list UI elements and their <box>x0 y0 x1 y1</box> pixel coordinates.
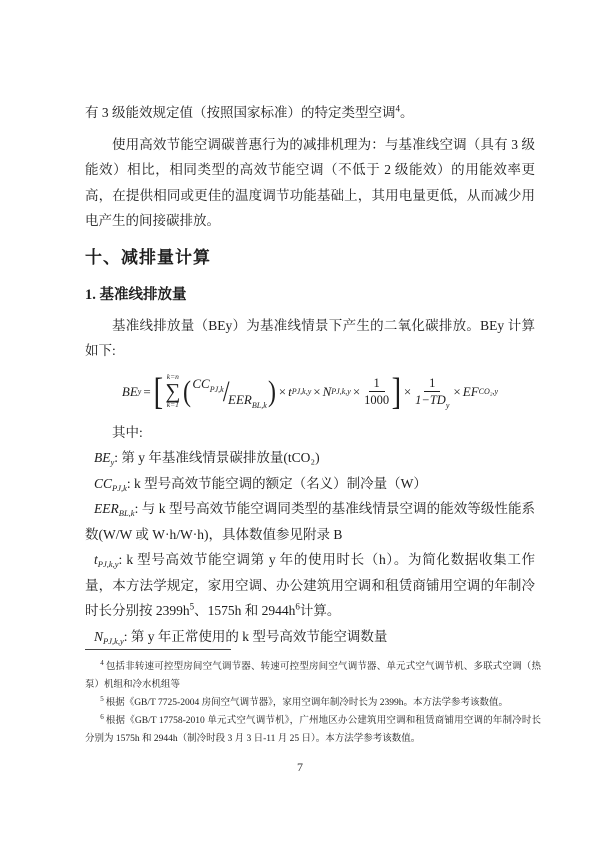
left-bracket: [ <box>153 373 162 411</box>
formula-baseline-emissions: BEy = [ k=n ∑ k=1 ( CCPJ,k / EERBL,k ) ×… <box>85 368 535 416</box>
times-sign: × <box>353 385 360 398</box>
sum-lower-limit: k=1 <box>167 401 179 409</box>
footnote-5-marker: 5 <box>100 695 104 703</box>
footnote-5-text: 根据《GB/T 7725-2004 房间空气调节器》，家用空调年制冷时长为 23… <box>106 698 508 708</box>
paragraph-bey-intro: 基准线排放量（BEy）为基准线情景下产生的二氧化碳排放。BEy 计算如下: <box>85 313 535 364</box>
definition-cc: CCPJ,k: k 型号高效节能空调的额定（名义）制冷量（W） <box>85 471 535 497</box>
eer-var: EER <box>228 392 252 407</box>
section-heading: 十、减排量计算 <box>85 246 535 270</box>
definition-n-sub: PJ,k,y <box>103 636 124 646</box>
eer-sub: BL,k <box>252 401 267 410</box>
summation-symbol: k=n ∑ k=1 <box>165 373 180 409</box>
definitions-intro: 其中: <box>85 420 535 446</box>
times-sign: × <box>453 385 460 398</box>
equals-sign: = <box>143 385 150 398</box>
definition-n: NPJ,k,y: 第 y 年正常使用的 k 型号高效节能空调数量 <box>85 624 535 650</box>
definition-eer-sub: BL,k <box>119 508 135 518</box>
definition-n-text: : 第 y 年正常使用的 k 型号高效节能空调数量 <box>124 629 388 644</box>
td-var: 1−TD <box>415 393 446 407</box>
paragraph-continuation-text: 有 3 级能效规定值（按照国家标准）的特定类型空调 <box>85 105 396 120</box>
definition-bey-term: BE <box>94 450 111 465</box>
definition-t-text3: 计算。 <box>300 603 341 618</box>
paragraph-mechanism: 使用高效节能空调碳普惠行为的减排机理为：与基准线空调（具有 3 级能效）相比，相… <box>85 132 535 234</box>
ef-var: EF <box>463 385 479 398</box>
definition-bey-text: : 第 y 年基准线情景碳排放量(tCO₂) <box>114 450 319 465</box>
one-over-1000-fraction: 1 1000 <box>364 377 389 407</box>
footnote-separator <box>85 649 231 650</box>
footnote-4: 4包括非转速可控型房间空气调节器、转速可控型房间空气调节器、单元式空气调节机、多… <box>85 658 541 694</box>
footnotes-block: 4包括非转速可控型房间空气调节器、转速可控型房间空气调节器、单元式空气调节机、多… <box>85 649 541 748</box>
page-number: 7 <box>0 760 600 775</box>
sigma-glyph: ∑ <box>165 382 180 402</box>
definition-eer-text: : 与 k 型号高效节能空调同类型的基准线情景空调的能效等级性能系数(W/W 或… <box>85 501 535 542</box>
footnote-6-text: 根据《GB/T 17758-2010 单元式空气调节机》，广州地区办公建筑用空调… <box>85 716 541 744</box>
right-bracket: ] <box>392 373 401 411</box>
formula-lhs: BE <box>122 385 138 398</box>
n-var: N <box>323 385 332 398</box>
cc-sub: PJ,k <box>210 385 224 394</box>
cc-over-eer-fraction: CCPJ,k / EERBL,k <box>192 377 266 407</box>
footnote-6-marker: 6 <box>100 713 104 721</box>
definition-eer: EERBL,k: 与 k 型号高效节能空调同类型的基准线情景空调的能效等级性能系… <box>85 496 535 547</box>
right-paren: ) <box>268 377 276 407</box>
times-sign: × <box>404 385 411 398</box>
one-over-1-minus-td-fraction: 1 1−TDy <box>415 377 449 407</box>
subsection-heading: 1. 基准线排放量 <box>85 285 535 305</box>
times-sign: × <box>313 385 320 398</box>
page-content: 有 3 级能效规定值（按照国家标准）的特定类型空调4。 使用高效节能空调碳普惠行… <box>85 100 535 649</box>
document-page: 有 3 级能效规定值（按照国家标准）的特定类型空调4。 使用高效节能空调碳普惠行… <box>0 0 600 848</box>
definition-eer-term: EER <box>94 501 119 516</box>
frac1-numerator: 1 <box>369 377 385 393</box>
td-sub: y <box>446 401 450 410</box>
paragraph-continuation: 有 3 级能效规定值（按照国家标准）的特定类型空调4。 <box>85 100 535 126</box>
definition-bey: BEy: 第 y 年基准线情景碳排放量(tCO₂) <box>85 445 535 471</box>
definition-t: tPJ,k,y: k 型号高效节能空调第 y 年的使用时长（h）。为简化数据收集… <box>85 547 535 624</box>
fraction-numerator-cc: CCPJ,k <box>192 377 223 390</box>
footnote-4-marker: 4 <box>100 659 104 667</box>
frac1-denominator: 1000 <box>364 392 389 407</box>
paragraph-continuation-tail: 。 <box>400 105 414 120</box>
definition-cc-sub: PJ,k <box>112 483 127 493</box>
footnote-6: 6根据《GB/T 17758-2010 单元式空气调节机》，广州地区办公建筑用空… <box>85 712 541 748</box>
definition-t-text2: 、1575h 和 2944h <box>194 603 295 618</box>
footnote-5: 5根据《GB/T 7725-2004 房间空气调节器》，家用空调年制冷时长为 2… <box>85 694 541 712</box>
left-paren: ( <box>183 377 191 407</box>
definition-cc-text: : k 型号高效节能空调的额定（名义）制冷量（W） <box>127 476 427 491</box>
fraction-denominator-eer: EERBL,k <box>228 393 267 406</box>
times-sign: × <box>279 385 286 398</box>
definition-cc-term: CC <box>94 476 112 491</box>
footnote-4-text: 包括非转速可控型房间空气调节器、转速可控型房间空气调节器、单元式空气调节机、多联… <box>85 662 541 690</box>
definition-n-term: N <box>94 629 103 644</box>
cc-var: CC <box>192 376 209 391</box>
definition-t-sub: PJ,k,y <box>98 559 119 569</box>
frac2-numerator: 1 <box>424 377 440 393</box>
frac2-denominator: 1−TDy <box>415 392 449 407</box>
